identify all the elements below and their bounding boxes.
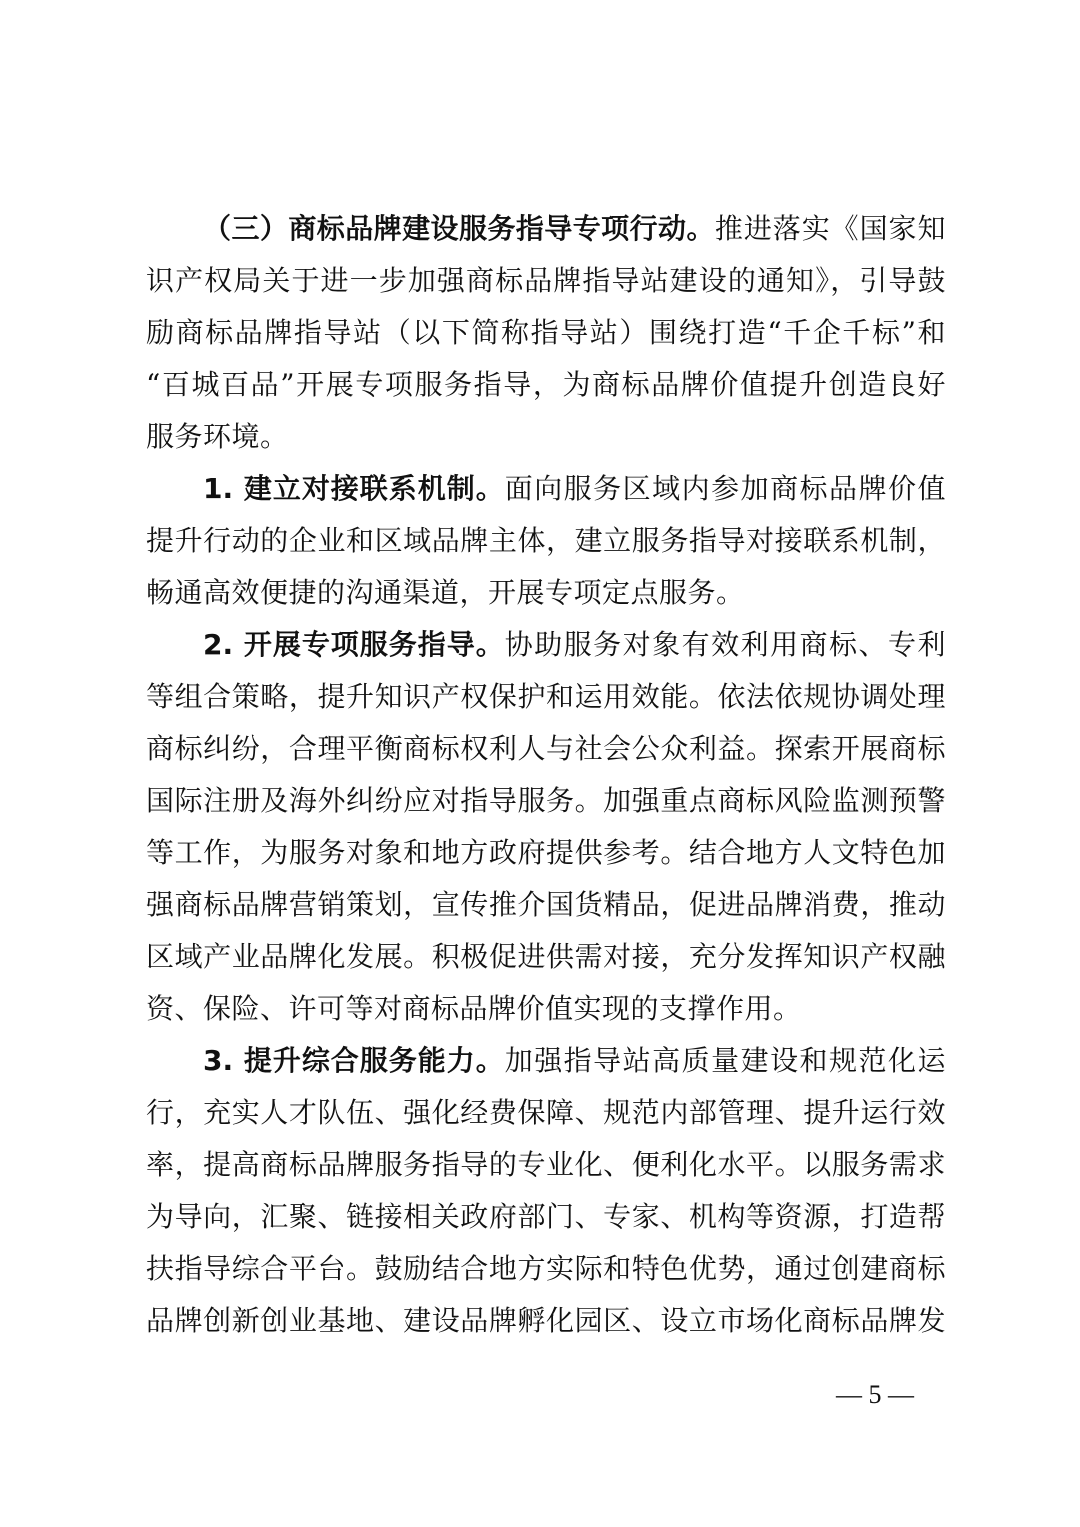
text-line: 品牌创新创业基地、建设品牌孵化园区、设立市场化商标品牌发 (146, 1295, 946, 1347)
document-page: （三）商标品牌建设服务指导专项行动。推进落实《国家知 识产权局关于进一步加强商标… (0, 0, 1080, 1527)
item-paragraph: 1. 建立对接联系机制。面向服务区域内参加商标品牌价值 提升行动的企业和区域品牌… (146, 463, 946, 619)
text-line: 励商标品牌指导站（以下简称指导站）围绕打造“千企千标”和 (146, 307, 946, 359)
text-line: 行，充实人才队伍、强化经费保障、规范内部管理、提升运行效 (146, 1087, 946, 1139)
text-line: 等组合策略，提升知识产权保护和运用效能。依法依规协调处理 (146, 671, 946, 723)
item-heading: 1. 建立对接联系机制。 (203, 472, 505, 505)
text-line: 服务环境。 (146, 411, 946, 463)
text-line: 提升行动的企业和区域品牌主体，建立服务指导对接联系机制， (146, 515, 946, 567)
text-line: 扶指导综合平台。鼓励结合地方实际和特色优势，通过创建商标 (146, 1243, 946, 1295)
document-body: （三）商标品牌建设服务指导专项行动。推进落实《国家知 识产权局关于进一步加强商标… (146, 203, 946, 1347)
text-line: （三）商标品牌建设服务指导专项行动。推进落实《国家知 (146, 203, 946, 255)
text-line: 为导向，汇聚、链接相关政府部门、专家、机构等资源，打造帮 (146, 1191, 946, 1243)
text-line: 2. 开展专项服务指导。协助服务对象有效利用商标、专利 (146, 619, 946, 671)
section-heading: （三）商标品牌建设服务指导专项行动。 (203, 212, 715, 245)
text-line: 资、保险、许可等对商标品牌价值实现的支撑作用。 (146, 983, 946, 1035)
item-heading: 3. 提升综合服务能力。 (203, 1044, 505, 1077)
paragraph-text: 加强指导站高质量建设和规范化运 (505, 1044, 946, 1077)
paragraph-text: 推进落实《国家知 (715, 212, 946, 245)
text-line: 商标纠纷，合理平衡商标权利人与社会公众利益。探索开展商标 (146, 723, 946, 775)
text-line: 畅通高效便捷的沟通渠道，开展专项定点服务。 (146, 567, 946, 619)
text-line: 识产权局关于进一步加强商标品牌指导站建设的通知》，引导鼓 (146, 255, 946, 307)
text-line: “百城百品”开展专项服务指导，为商标品牌价值提升创造良好 (146, 359, 946, 411)
text-line: 1. 建立对接联系机制。面向服务区域内参加商标品牌价值 (146, 463, 946, 515)
text-line: 强商标品牌营销策划，宣传推介国货精品，促进品牌消费，推动 (146, 879, 946, 931)
text-line: 等工作，为服务对象和地方政府提供参考。结合地方人文特色加 (146, 827, 946, 879)
text-line: 国际注册及海外纠纷应对指导服务。加强重点商标风险监测预警 (146, 775, 946, 827)
paragraph-text: 面向服务区域内参加商标品牌价值 (505, 472, 946, 505)
text-line: 3. 提升综合服务能力。加强指导站高质量建设和规范化运 (146, 1035, 946, 1087)
text-line: 区域产业品牌化发展。积极促进供需对接，充分发挥知识产权融 (146, 931, 946, 983)
item-heading: 2. 开展专项服务指导。 (203, 628, 505, 661)
item-paragraph: 3. 提升综合服务能力。加强指导站高质量建设和规范化运 行，充实人才队伍、强化经… (146, 1035, 946, 1347)
text-line: 率，提高商标品牌服务指导的专业化、便利化水平。以服务需求 (146, 1139, 946, 1191)
page-number: — 5 — (836, 1380, 914, 1410)
section-paragraph: （三）商标品牌建设服务指导专项行动。推进落实《国家知 识产权局关于进一步加强商标… (146, 203, 946, 463)
paragraph-text: 协助服务对象有效利用商标、专利 (505, 628, 946, 661)
item-paragraph: 2. 开展专项服务指导。协助服务对象有效利用商标、专利 等组合策略，提升知识产权… (146, 619, 946, 1035)
